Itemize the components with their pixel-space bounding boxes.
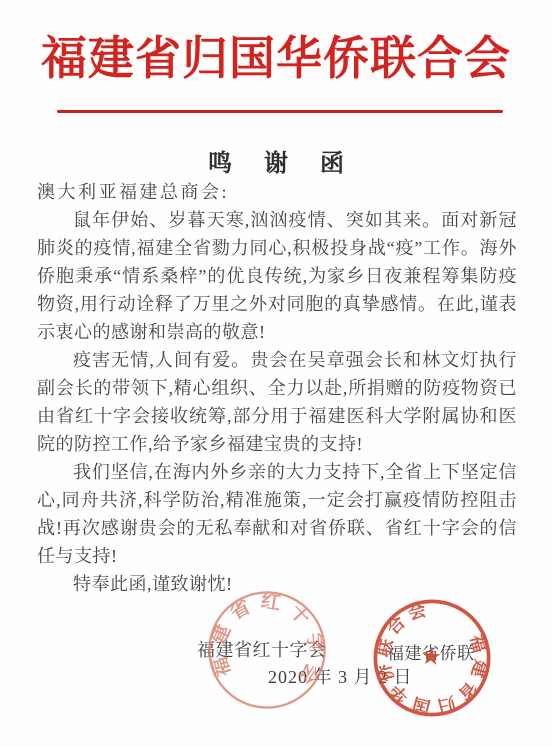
paragraph-closing: 特奉此函,谨致谢忱! xyxy=(37,570,517,598)
letter-title: 鸣 谢 函 xyxy=(0,143,552,178)
signature-date: 2020 年 3 月 2 日 xyxy=(268,663,413,689)
paragraph-2: 疫害无情,人间有爱。贵会在吴章强会长和林文灯执行副会长的带领下,精心组织、全力以… xyxy=(37,346,517,458)
letter-body: 澳大利亚福建总商会: 鼠年伊始、岁暮天寒,汹汹疫情、突如其来。面对新冠肺炎的疫情… xyxy=(37,178,517,598)
paragraph-1: 鼠年伊始、岁暮天寒,汹汹疫情、突如其来。面对新冠肺炎的疫情,福建全省勠力同心,积… xyxy=(37,206,517,346)
letterhead-org-name: 福建省归国华侨联合会 xyxy=(0,22,552,88)
paragraph-3: 我们坚信,在海内外乡亲的大力支持下,全省上下坚定信心,同舟共济,科学防治,精准施… xyxy=(37,458,517,570)
letterhead-rule xyxy=(57,110,503,113)
salutation: 澳大利亚福建总商会: xyxy=(37,178,517,206)
signature-overseas-federation: 福建省侨联 xyxy=(387,639,475,664)
signature-red-cross: 福建省红十字会 xyxy=(197,636,327,662)
thank-you-letter-page: 福建省归国华侨联合会 鸣 谢 函 澳大利亚福建总商会: 鼠年伊始、岁暮天寒,汹汹… xyxy=(0,0,552,747)
